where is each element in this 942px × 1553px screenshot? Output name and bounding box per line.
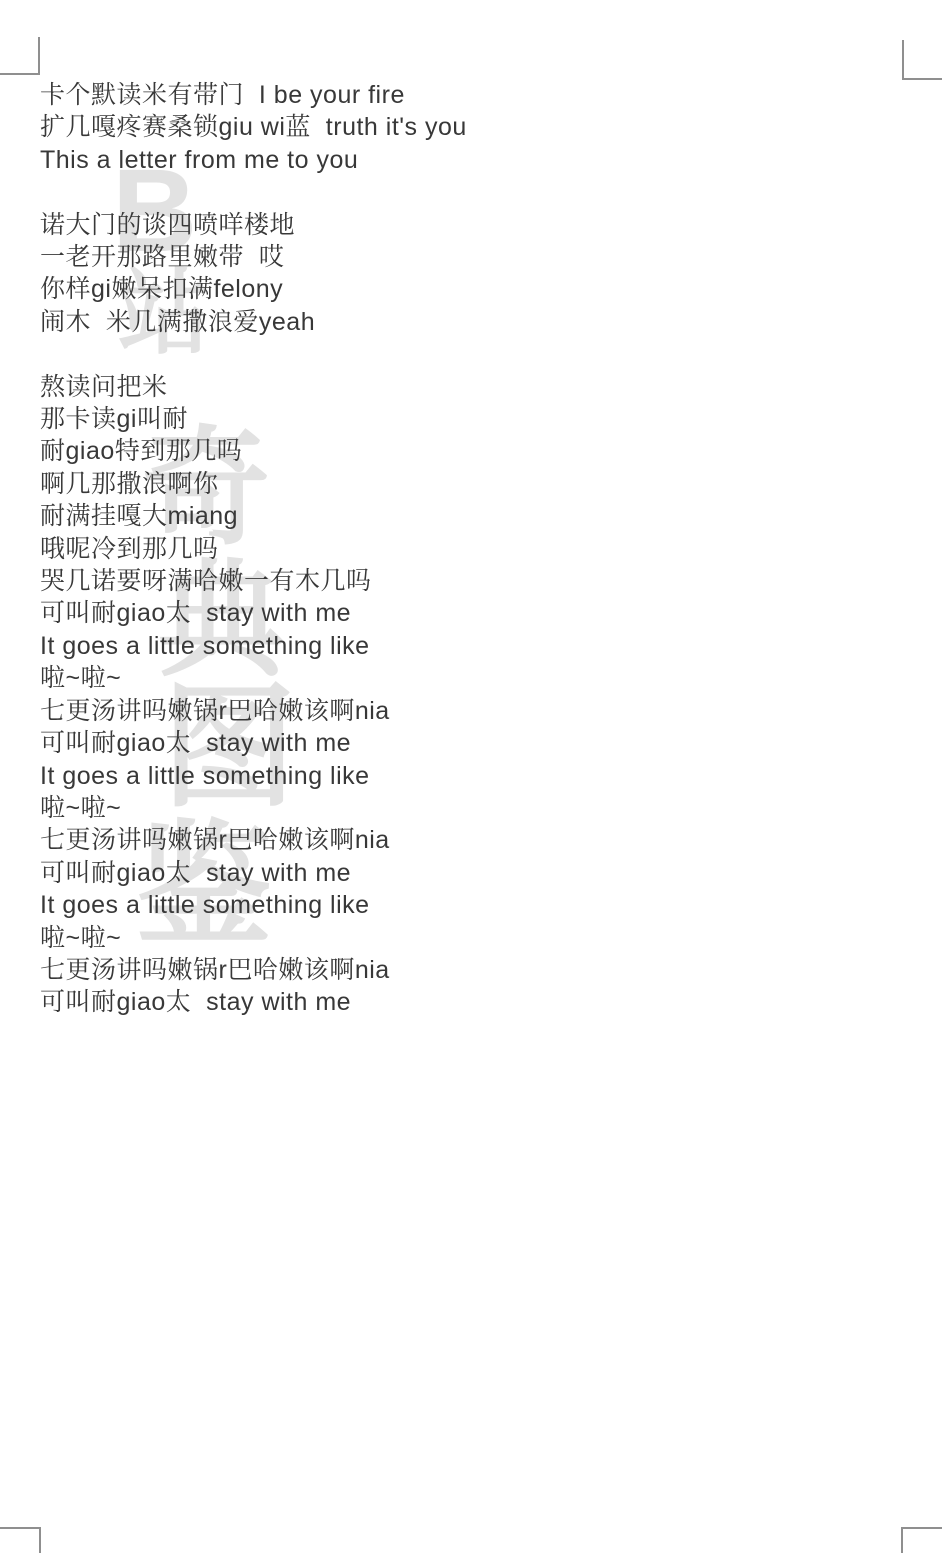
lyric-line xyxy=(40,338,900,370)
crop-corner-top-right-icon xyxy=(902,40,942,80)
lyric-line: 熬读问把米 xyxy=(40,371,900,403)
lyric-line: 扩几嘎疼赛桑锁giu wi蓝 truth it's you xyxy=(40,111,900,143)
lyric-line: 卡个默读米有带门 I be your fire xyxy=(40,79,900,111)
crop-corner-top-left-icon xyxy=(0,37,40,75)
lyric-line: This a letter from me to you xyxy=(40,144,900,176)
lyrics-text: 卡个默读米有带门 I be your fire扩几嘎疼赛桑锁giu wi蓝 tr… xyxy=(40,79,900,1019)
lyric-line xyxy=(40,176,900,208)
lyric-line: 可叫耐giao太 stay with me xyxy=(40,597,900,629)
crop-corner-bottom-right-icon xyxy=(901,1527,942,1553)
lyric-line: 耐满挂嘎大miang xyxy=(40,500,900,532)
lyric-line: 啦~啦~ xyxy=(40,662,900,694)
lyric-line: 诺大门的谈四喷咩楼地 xyxy=(40,209,900,241)
lyric-line: 可叫耐giao太 stay with me xyxy=(40,857,900,889)
lyric-line: 耐giao特到那几吗 xyxy=(40,435,900,467)
lyric-line: 啦~啦~ xyxy=(40,792,900,824)
lyric-line: 可叫耐giao太 stay with me xyxy=(40,986,900,1018)
lyric-line: 可叫耐giao太 stay with me xyxy=(40,727,900,759)
lyric-line: It goes a little something like xyxy=(40,760,900,792)
lyric-line: It goes a little something like xyxy=(40,630,900,662)
lyric-line: 啦~啦~ xyxy=(40,922,900,954)
lyric-line: It goes a little something like xyxy=(40,889,900,921)
crop-corner-bottom-left-icon xyxy=(0,1527,41,1553)
lyric-line: 你样gi嫩呆扣满felony xyxy=(40,273,900,305)
lyric-line: 一老开那路里嫩带 哎 xyxy=(40,241,900,273)
lyric-line: 哭几诺要呀满哈嫩一有木几吗 xyxy=(40,565,900,597)
lyric-line: 七更汤讲吗嫩锅r巴哈嫩该啊nia xyxy=(40,954,900,986)
lyric-line: 哦呢冷到那几吗 xyxy=(40,533,900,565)
lyric-line: 七更汤讲吗嫩锅r巴哈嫩该啊nia xyxy=(40,695,900,727)
lyric-line: 闹木 米几满撒浪爱yeah xyxy=(40,306,900,338)
lyric-line: 七更汤讲吗嫩锅r巴哈嫩该啊nia xyxy=(40,824,900,856)
lyric-line: 那卡读gi叫耐 xyxy=(40,403,900,435)
lyric-line: 啊几那撒浪啊你 xyxy=(40,468,900,500)
